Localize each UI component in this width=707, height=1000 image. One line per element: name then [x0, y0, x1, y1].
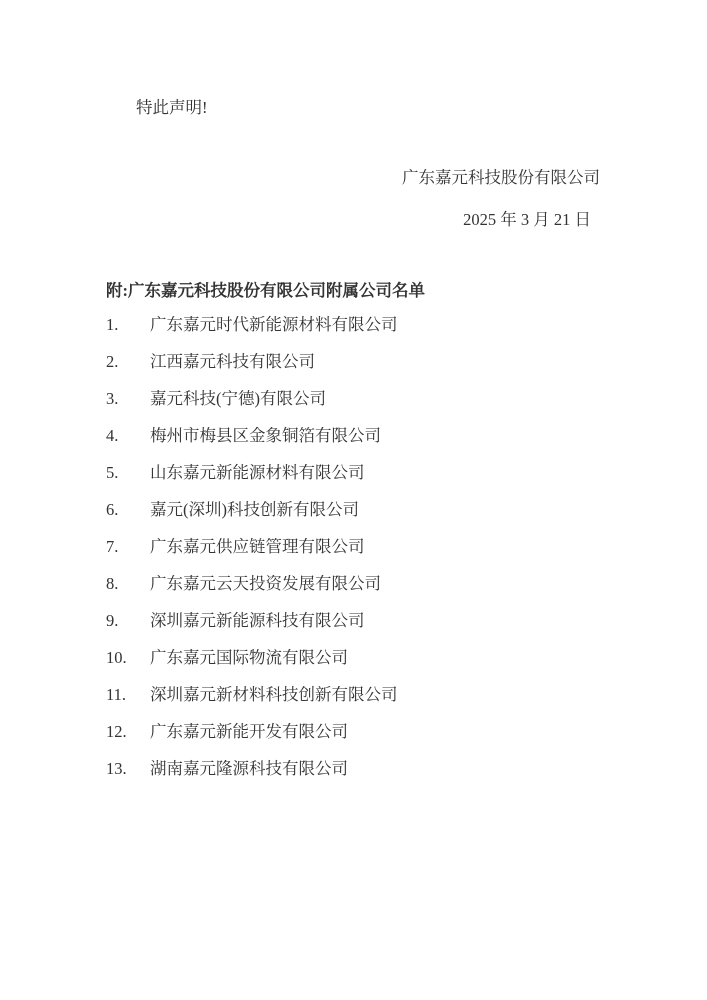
company-name: 广东嘉元时代新能源材料有限公司 [150, 315, 398, 334]
list-item: 6.嘉元(深圳)科技创新有限公司 [106, 499, 647, 521]
company-name: 湖南嘉元隆源科技有限公司 [150, 759, 348, 778]
list-item: 3.嘉元科技(宁德)有限公司 [106, 388, 647, 410]
company-name: 广东嘉元云天投资发展有限公司 [150, 574, 381, 593]
company-name: 广东嘉元供应链管理有限公司 [150, 537, 365, 556]
list-item: 12.广东嘉元新能开发有限公司 [106, 721, 647, 743]
company-name: 广东嘉元国际物流有限公司 [150, 648, 348, 667]
list-item-number: 13. [106, 758, 150, 780]
company-name: 深圳嘉元新能源科技有限公司 [150, 611, 365, 630]
signature-company: 广东嘉元科技股份有限公司 [402, 167, 600, 189]
list-item: 11.深圳嘉元新材料科技创新有限公司 [106, 684, 647, 706]
company-name: 江西嘉元科技有限公司 [150, 352, 315, 371]
list-item-number: 12. [106, 721, 150, 743]
list-item: 5.山东嘉元新能源材料有限公司 [106, 462, 647, 484]
declaration-text: 特此声明! [136, 97, 208, 119]
list-item: 10.广东嘉元国际物流有限公司 [106, 647, 647, 669]
company-name: 梅州市梅县区金象铜箔有限公司 [150, 426, 381, 445]
attachment-list-title: 附:广东嘉元科技股份有限公司附属公司名单 [106, 280, 425, 302]
list-item-number: 6. [106, 499, 150, 521]
list-item: 7.广东嘉元供应链管理有限公司 [106, 536, 647, 558]
list-item: 4.梅州市梅县区金象铜箔有限公司 [106, 425, 647, 447]
list-item-number: 9. [106, 610, 150, 632]
list-item: 9.深圳嘉元新能源科技有限公司 [106, 610, 647, 632]
list-item: 1.广东嘉元时代新能源材料有限公司 [106, 314, 647, 336]
list-item: 8.广东嘉元云天投资发展有限公司 [106, 573, 647, 595]
list-item-number: 10. [106, 647, 150, 669]
list-item-number: 1. [106, 314, 150, 336]
list-item-number: 8. [106, 573, 150, 595]
list-item-number: 2. [106, 351, 150, 373]
company-name: 嘉元科技(宁德)有限公司 [150, 389, 326, 408]
list-item-number: 11. [106, 684, 150, 706]
document-page: 特此声明! 广东嘉元科技股份有限公司 2025 年 3 月 21 日 附:广东嘉… [0, 0, 707, 1000]
subsidiary-list: 1.广东嘉元时代新能源材料有限公司 2.江西嘉元科技有限公司 3.嘉元科技(宁德… [106, 314, 647, 795]
company-name: 山东嘉元新能源材料有限公司 [150, 463, 365, 482]
list-item-number: 5. [106, 462, 150, 484]
list-item: 2.江西嘉元科技有限公司 [106, 351, 647, 373]
company-name: 嘉元(深圳)科技创新有限公司 [150, 500, 359, 519]
signature-date: 2025 年 3 月 21 日 [463, 209, 591, 231]
company-name: 广东嘉元新能开发有限公司 [150, 722, 348, 741]
company-name: 深圳嘉元新材料科技创新有限公司 [150, 685, 398, 704]
list-item-number: 3. [106, 388, 150, 410]
list-item-number: 4. [106, 425, 150, 447]
list-item: 13.湖南嘉元隆源科技有限公司 [106, 758, 647, 780]
list-item-number: 7. [106, 536, 150, 558]
